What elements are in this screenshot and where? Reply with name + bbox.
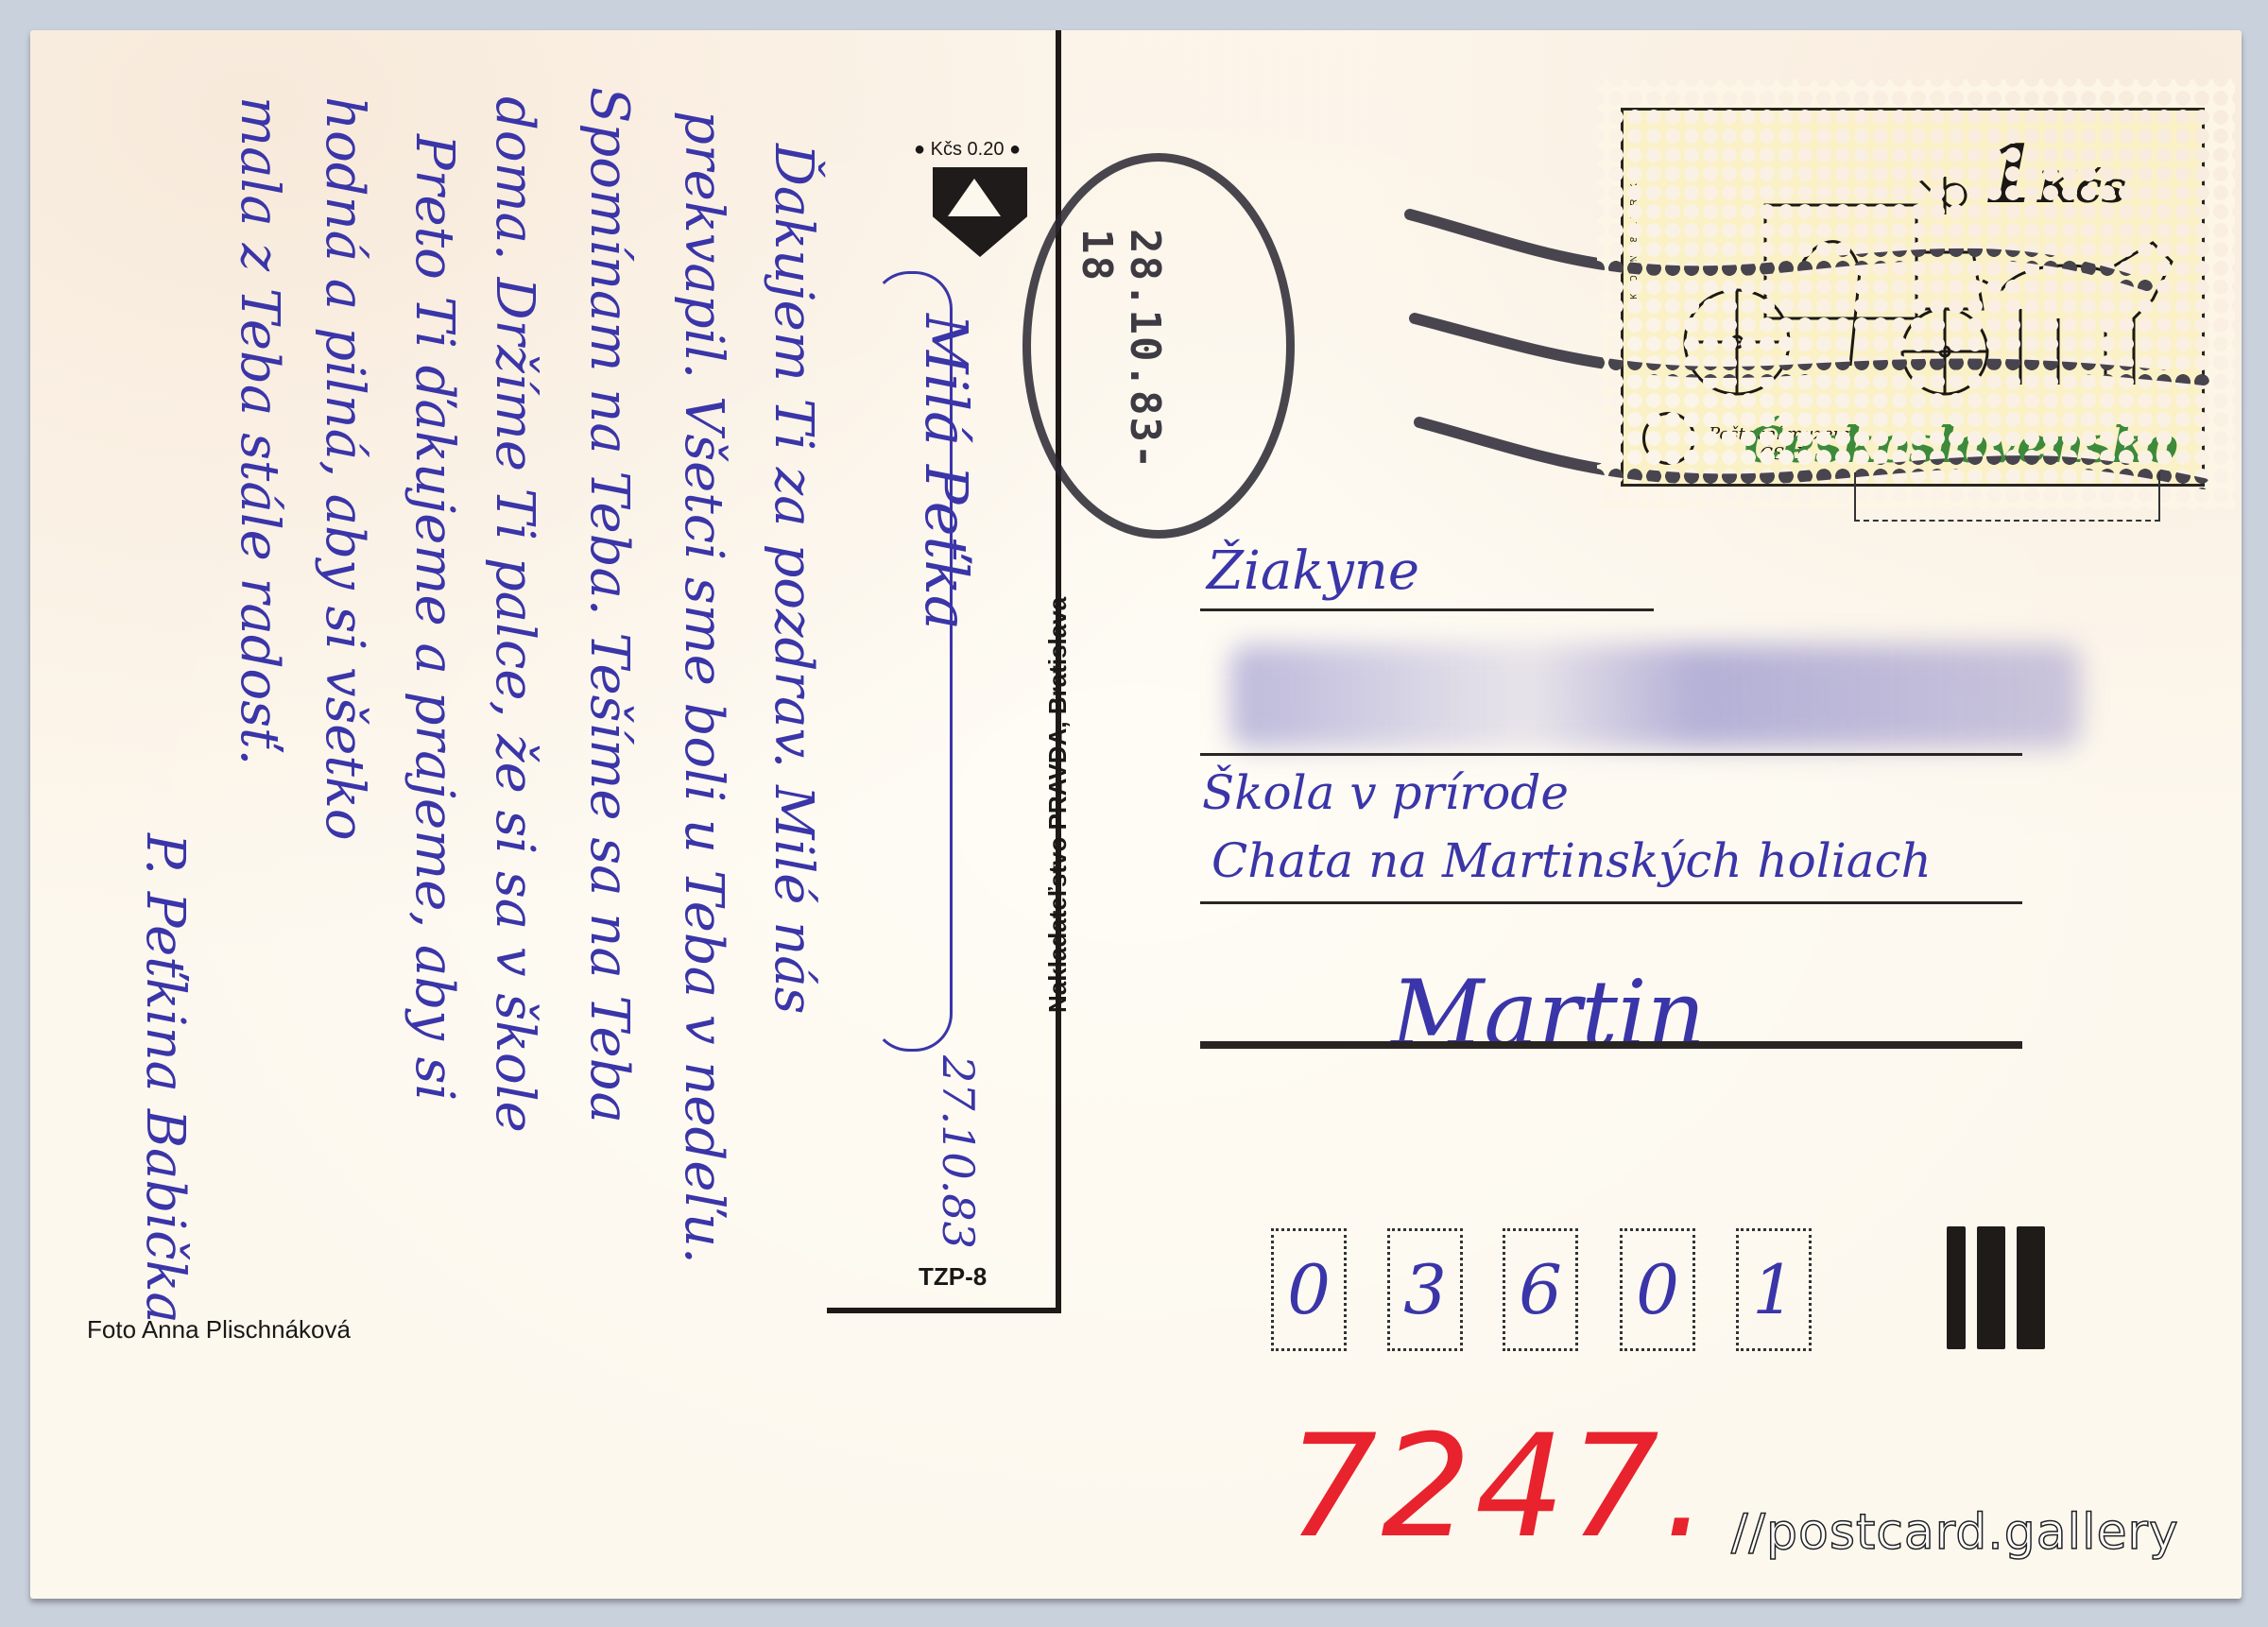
postal-code-box: 6 [1503, 1228, 1578, 1351]
postal-code-box: 0 [1271, 1228, 1347, 1351]
watermark: //postcard.gallery [1731, 1504, 2179, 1561]
message-salutation: Milá Peťka [917, 314, 975, 630]
message-column: doma. Držíme Ti palce, že si sa v škole [488, 96, 541, 1133]
stamp-designer-credit: K. TOHAN 1981 J. HERČÍK [1629, 183, 1640, 300]
badge-price: ● Kčs 0.20 ● [914, 139, 1021, 161]
postmark-date: 28.10.83-18 [1073, 229, 1169, 471]
mountain-peak-icon [948, 179, 1001, 216]
address-line-1: Žiakyne [1207, 540, 1419, 602]
address-rule [1200, 753, 2022, 756]
inventory-number: 7247. [1287, 1405, 1711, 1569]
publisher-name: PRAVDA [1043, 728, 1072, 831]
postmark: 28.10.83-18 [1013, 144, 1297, 540]
message-column: hodná a pilná, aby si všetko [318, 96, 370, 841]
stamp-denomination: 1Kčs [1983, 128, 2126, 221]
stamp-image-area: K. TOHAN 1981 J. HERČÍK 1Kčs P [1621, 108, 2205, 487]
message-column: mala z Teba stále radosť. [232, 96, 285, 765]
postage-stamp: K. TOHAN 1981 J. HERČÍK 1Kčs P [1597, 79, 2235, 509]
publisher-imprint: Nakladateľstvo PRAVDA, Bratislava [1043, 597, 1073, 1013]
address-line-2-redacted [1230, 644, 2081, 748]
address-rule [1200, 608, 1654, 611]
stamp-country: Československo [1744, 417, 2178, 474]
divider-horizontal [827, 1308, 1061, 1313]
postal-code-box: 1 [1736, 1228, 1812, 1351]
publisher-prefix: Nakladateľstvo [1043, 830, 1072, 1013]
message-signature: P. Peťkina Babička [138, 833, 191, 1324]
address-line-3: Škola v prírode [1202, 765, 1569, 820]
postal-code-bars-icon [1947, 1226, 2056, 1354]
message-column: prekvapil. Všetci sme boli u Teba v nede… [677, 111, 730, 1264]
stamp-placement-marker [1854, 472, 2160, 522]
message-date: 27.10.83 [936, 1055, 980, 1249]
postal-code-box: 3 [1387, 1228, 1463, 1351]
post-horn-logo-icon [1642, 412, 1695, 465]
address-rule [1200, 1041, 2022, 1049]
series-code: TZP-8 [919, 1262, 987, 1292]
message-column: Spomínam na Teba. Tešíme sa na Teba [582, 87, 635, 1123]
postal-code-box: 0 [1620, 1228, 1695, 1351]
publisher-city: , Bratislava [1043, 597, 1072, 728]
message-column: Ďakujem Ti za pozdrav. Milé nás [766, 144, 819, 1014]
message-column: Preto Ti ďakujeme a prajeme, aby si [407, 134, 460, 1101]
address-rule [1200, 901, 2022, 904]
address-line-4: Chata na Martinských holiach [1211, 833, 1932, 888]
photo-credit: Foto Anna Plischnáková [87, 1315, 351, 1344]
postcard: Ďakujem Ti za pozdrav. Milé nás prekvapi… [30, 30, 2242, 1599]
address-line-5: Martin [1391, 961, 1706, 1067]
